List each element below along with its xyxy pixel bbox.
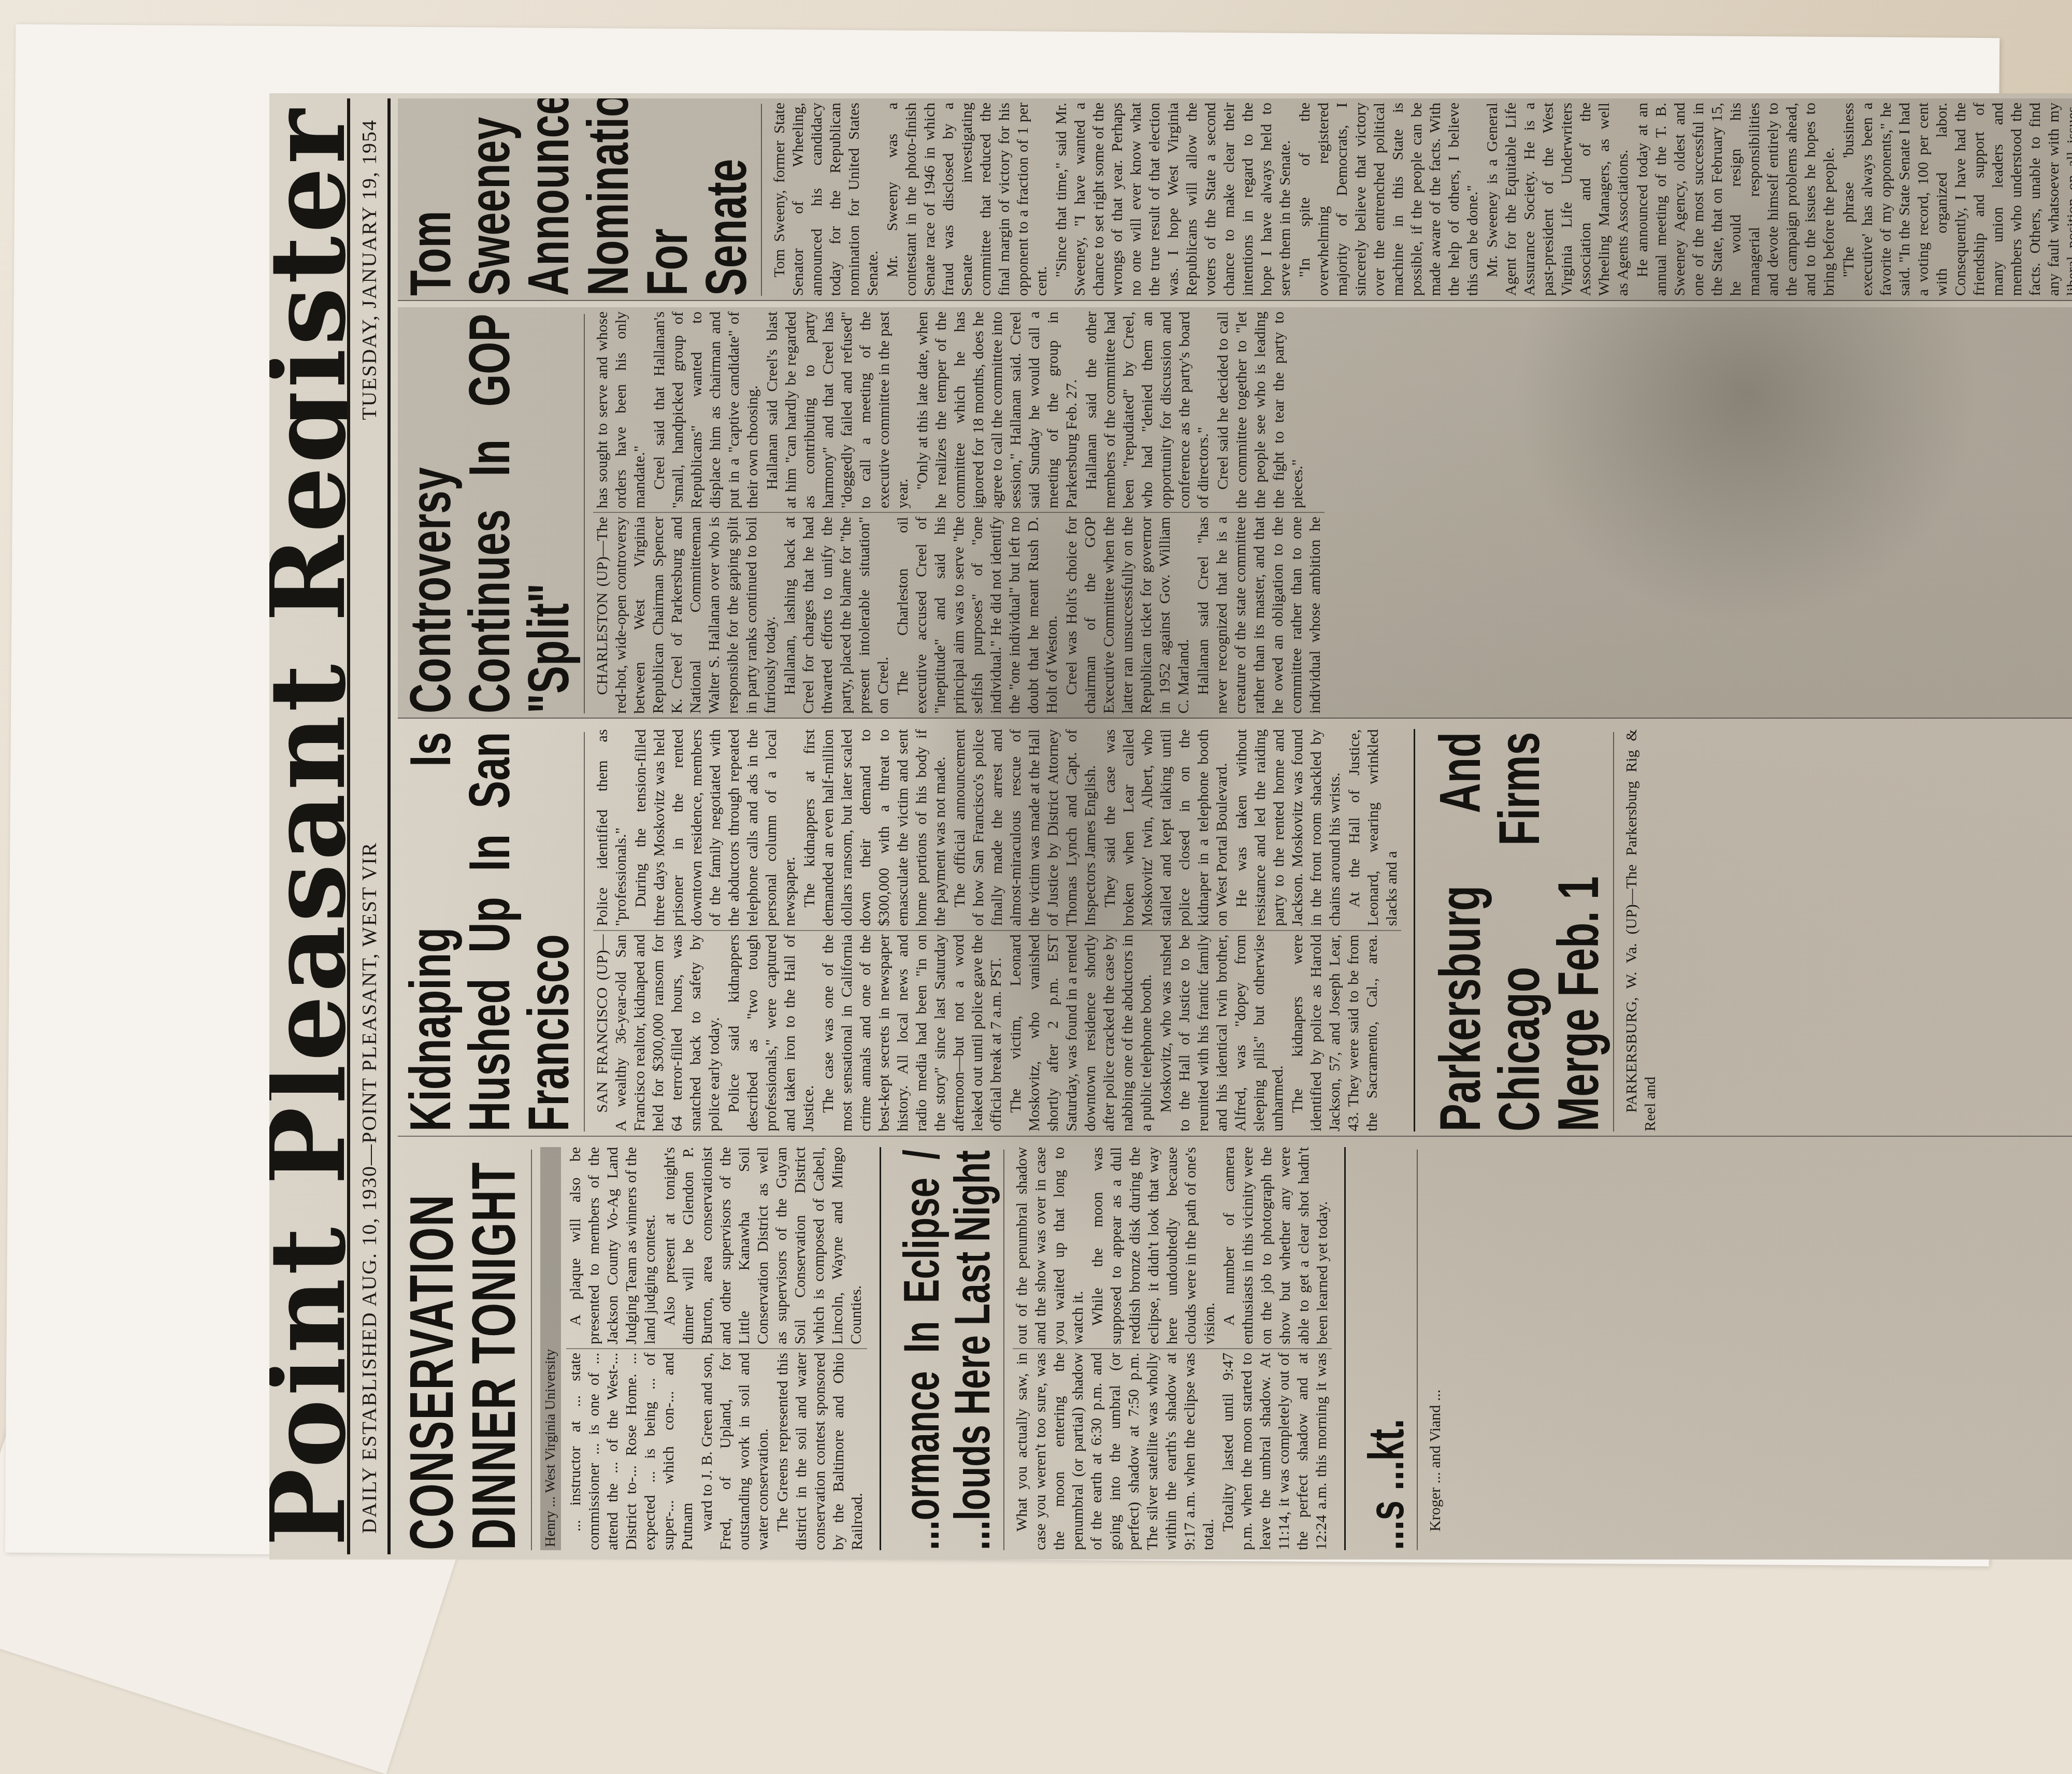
paragraph: The kidnappers at first demanded an even…: [800, 729, 949, 926]
article-sweeney: Tom Sweeney Announces Nomination For Sen…: [398, 103, 2072, 296]
paragraph: Mr. Sweeny was a contestant in the photo…: [883, 103, 1051, 296]
paragraph: He announced today at an annual meeting …: [1633, 103, 1838, 296]
dateline-established: DAILY ESTABLISHED AUG. 10, 1930—POINT PL…: [357, 842, 381, 1534]
paragraph: He was taken without resistance and led …: [1232, 729, 1344, 926]
paragraph: Hallanan said Creel's blast at him "can …: [763, 311, 912, 508]
article-eclipse: ...ormance In Eclipse / ...louds Here La…: [894, 1147, 1332, 1550]
dateline-bar: DAILY ESTABLISHED AUG. 10, 1930—POINT PL…: [347, 98, 391, 1554]
dateline-date: TUESDAY, JANUARY 19, 1954: [357, 119, 381, 420]
paragraph: ... instructor at ... state commissioner…: [566, 1353, 697, 1550]
newspaper-page: Point Pleasant Register DAILY ESTABLISHE…: [269, 93, 2072, 1554]
article-gop: Controversy Continues In GOP "Split" CHA…: [398, 307, 2072, 719]
headline-parkersburg: Parkersburg And Chicago Firms Merge Feb.…: [1431, 732, 1615, 1131]
paragraph: Tom Sweeny, former State Senator of Whee…: [770, 103, 882, 296]
headline-kroger: ...s ...kt.: [1361, 1150, 1418, 1550]
paragraph: SAN FRANCISCO (UP)—A wealthy 36-year-old…: [593, 935, 724, 1132]
headline-kidnap: Kidnaping Is Hushed Up In San Francisco: [401, 732, 585, 1131]
paragraph: CHARLESTON (UP)—The red-hot, wide-open c…: [593, 517, 780, 713]
section-divider: [880, 1147, 881, 1550]
article-parkersburg: Parkersburg And Chicago Firms Merge Feb.…: [1428, 729, 1661, 1131]
paragraph: "The phrase 'business executive' has alw…: [1839, 103, 2072, 296]
paragraph: At the Hall of Justice, Leonard, wearing…: [1345, 729, 1401, 926]
headline-conservation: CONSERVATION DINNER TONIGHT: [401, 1150, 532, 1550]
paragraph: The Greens represented this district in …: [773, 1353, 867, 1550]
article-kidnap: Kidnaping Is Hushed Up In San Francisco …: [398, 729, 1401, 1131]
headline-eclipse: ...ormance In Eclipse / ...louds Here La…: [897, 1150, 1004, 1550]
paragraph: "In spite of the overwhelming registered…: [1296, 103, 1482, 296]
paragraph: "Since that time," said Mr. Sweeney, "I …: [1052, 103, 1294, 296]
article-conservation: CONSERVATION DINNER TONIGHT Henry ... We…: [398, 1147, 867, 1550]
paragraph: Police said kidnappers described as "two…: [725, 935, 818, 1132]
paragraph: ward to J. B. Green and son, Fred, of Up…: [698, 1353, 772, 1550]
paragraph: They said the case was broken when Lear …: [1101, 729, 1231, 926]
paragraph: Hallanan, lashing back at Creel for char…: [781, 517, 893, 713]
paragraph: Creel said he decided to call the commit…: [1214, 311, 1307, 508]
paragraph: Hallanan said the other members of the c…: [1082, 311, 1213, 508]
headline-sweeney: Tom Sweeney Announces Nomination For Sen…: [401, 104, 762, 296]
paragraph: The Charleston oil executive accused Cre…: [894, 517, 1061, 713]
headline-gop: Controversy Continues In GOP "Split": [401, 314, 585, 713]
paragraph: Also present at tonight's dinner will be…: [660, 1147, 866, 1344]
paragraph: Kroger ... and Viand ...: [1426, 1147, 1445, 1550]
article-kroger: ...s ...kt. Kroger ... and Viand ...: [1358, 1147, 1446, 1550]
paragraph: What you actually saw, in case you weren…: [1013, 1353, 1218, 1550]
photo-caption-box: Henry ... West Virginia University: [540, 1147, 561, 1550]
paragraph: Moskovitz, who was rushed to the Hall of…: [1157, 935, 1287, 1132]
front-page-columns: CONSERVATION DINNER TONIGHT Henry ... We…: [398, 98, 2072, 1554]
paragraph: PARKERSBURG, W. Va. (UP)—The Parkersburg…: [1622, 729, 1660, 1131]
paragraph: Creel said that Hallanan's "small, handp…: [650, 311, 762, 508]
paragraph: Creel was Holt's choice for chairman of …: [1062, 517, 1193, 713]
paragraph: The official announcement of how San Fra…: [951, 729, 1100, 926]
paragraph: The case was one of the most sensational…: [819, 935, 1005, 1132]
paragraph: The victim, Leonard Moskovitz, who vanis…: [1006, 935, 1156, 1132]
paragraph: A number of camera enthusiasts in this v…: [1220, 1147, 1332, 1344]
article-conservation-column: CONSERVATION DINNER TONIGHT Henry ... We…: [398, 1143, 2072, 1554]
article-kidnap-column: Kidnaping Is Hushed Up In San Francisco …: [398, 725, 2072, 1136]
section-divider: [1344, 1147, 1346, 1550]
paragraph: "Only at this late date, when he realize…: [913, 311, 1081, 508]
masthead: Point Pleasant Register: [269, 98, 347, 1554]
paragraph: During the tension-filled three days Mos…: [631, 729, 799, 926]
paragraph: Mr. Sweeney is a General Agent for the E…: [1483, 103, 1632, 296]
paragraph: A plaque will also be presented to membe…: [566, 1147, 659, 1344]
article-sweeney-column: Tom Sweeney Announces Nomination For Sen…: [398, 98, 2072, 301]
paragraph: While the moon was supposed to appear as…: [1088, 1147, 1219, 1344]
section-divider: [1414, 729, 1415, 1131]
